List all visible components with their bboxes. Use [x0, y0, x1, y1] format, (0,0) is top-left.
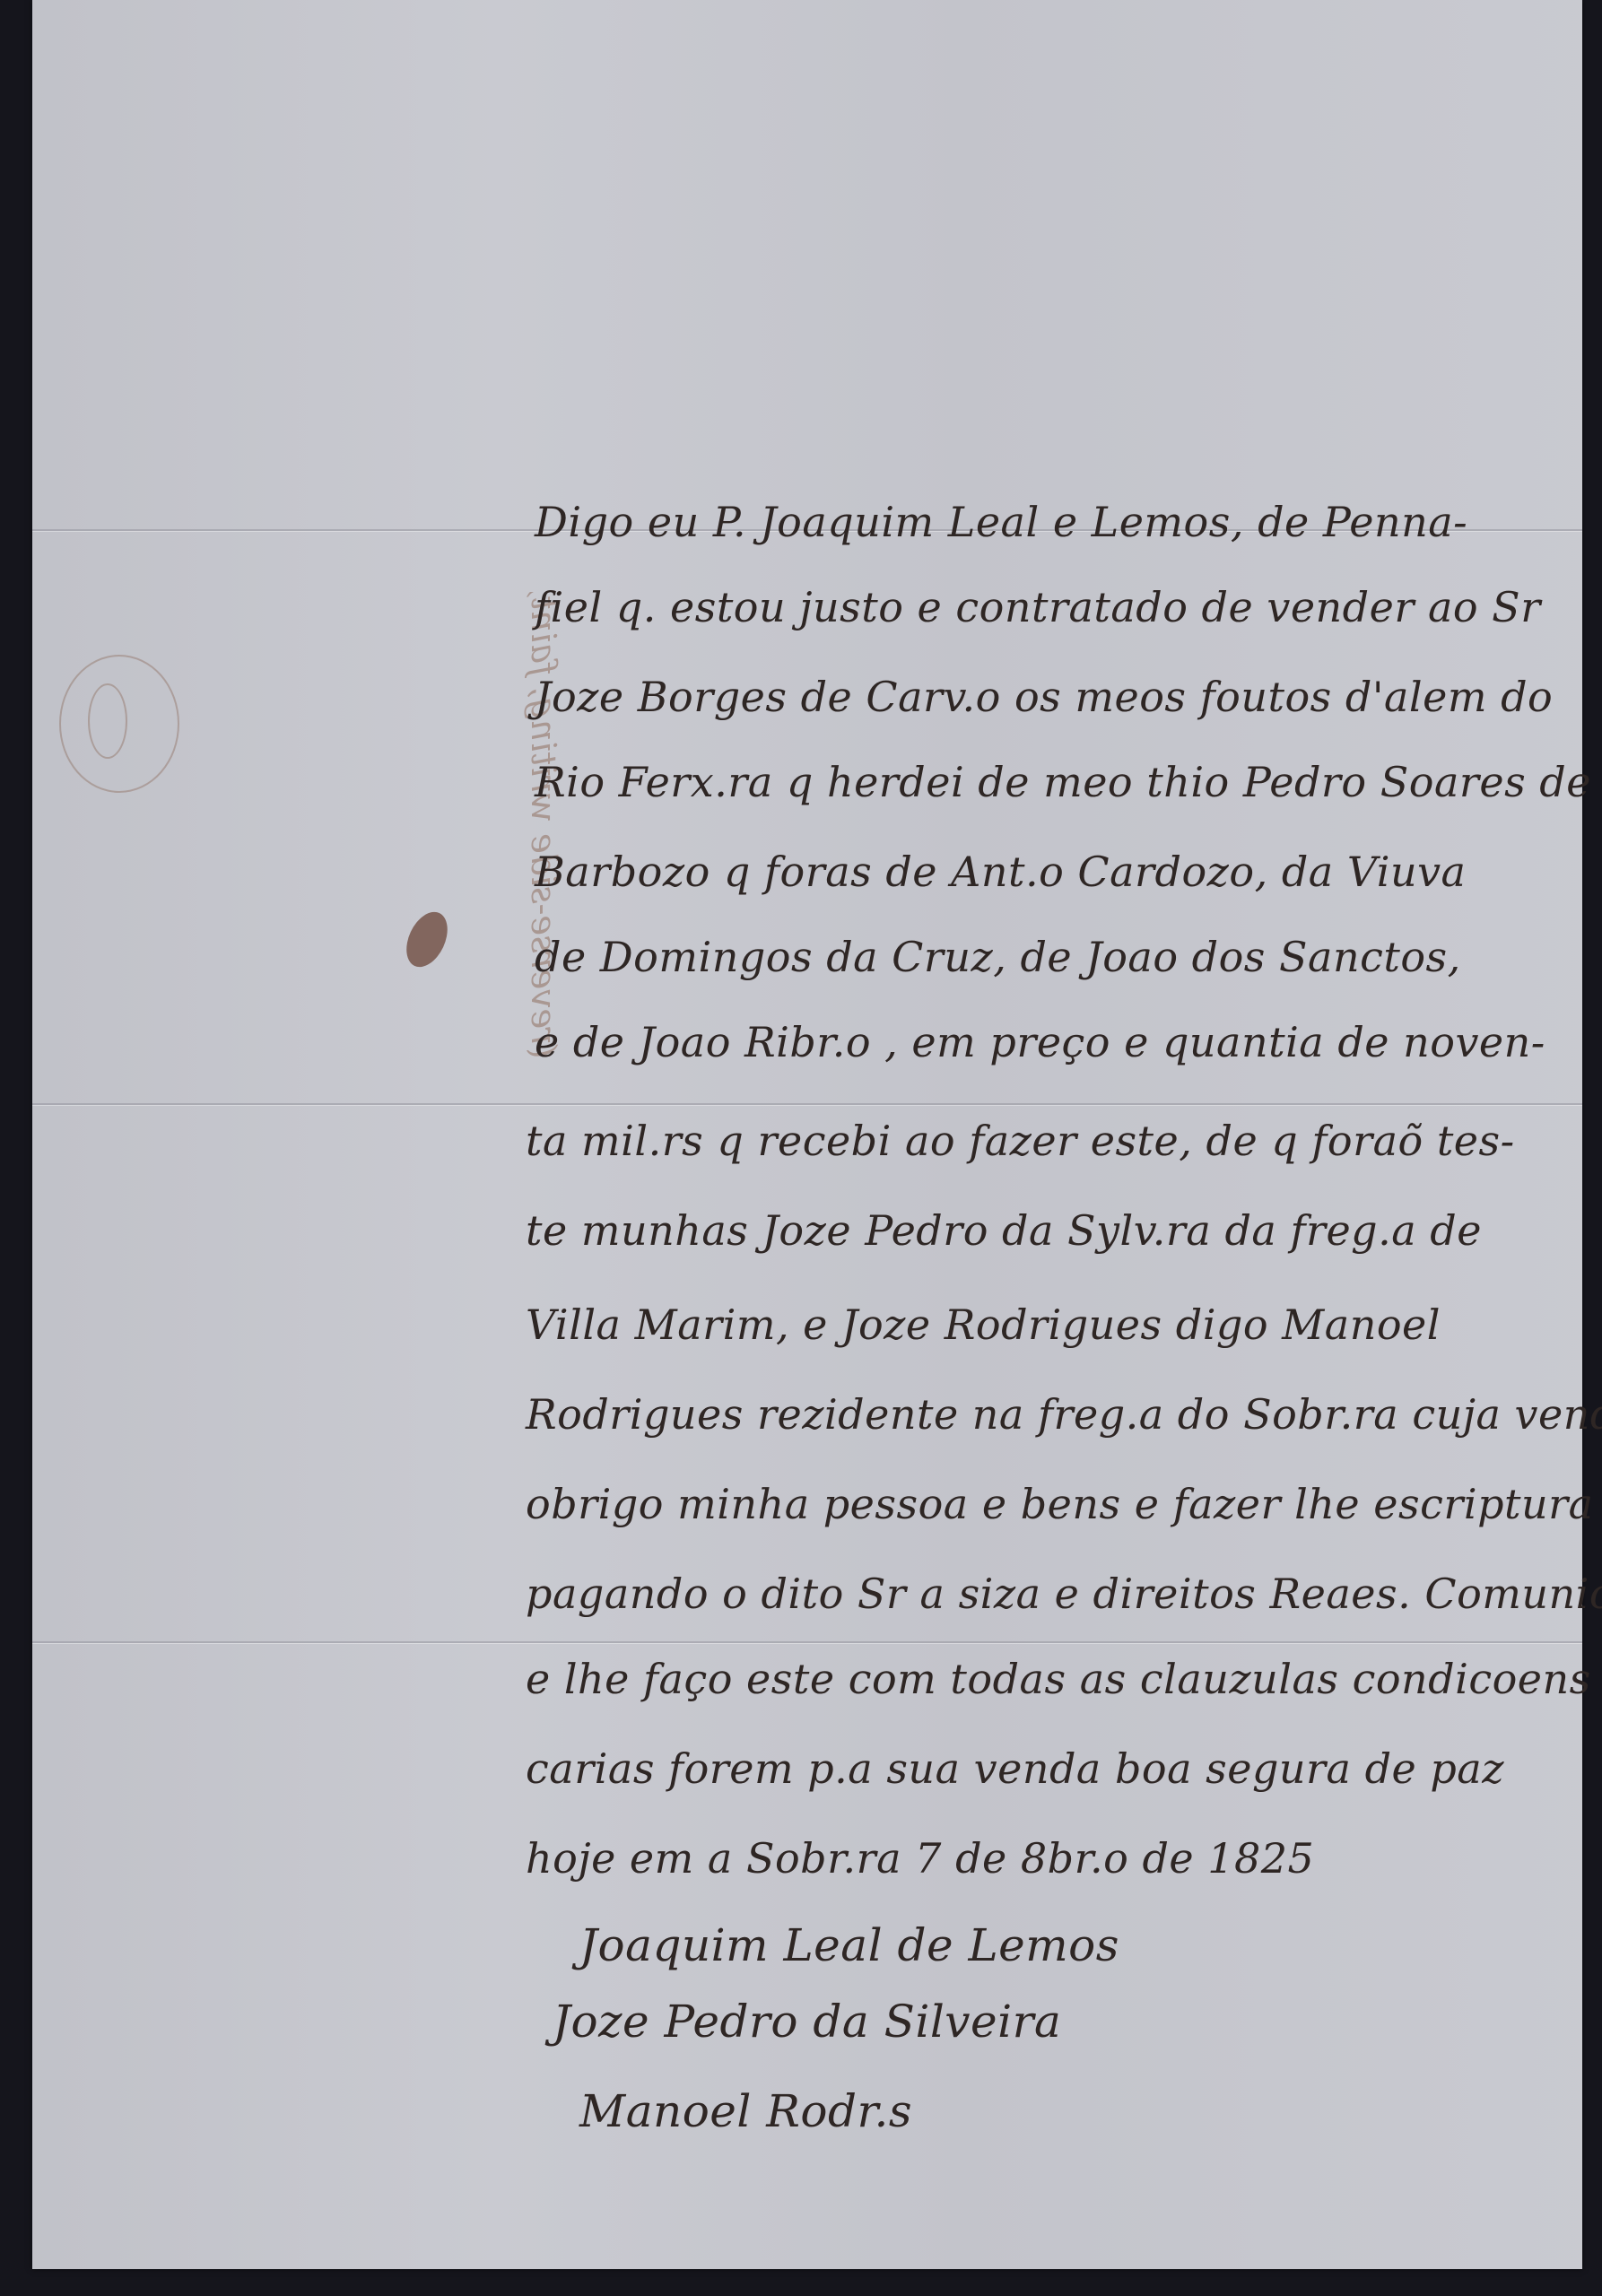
signature-joze-pedro-da-silveira: Joze Pedro da Silveira [553, 1996, 1061, 2048]
date-line: hoje em a Sobr.ra 7 de 8br.o de 1825 [526, 1834, 1314, 1883]
body-line: Rodrigues rezidente na freg.a do Sobr.ra… [526, 1390, 1602, 1439]
body-line: obrigo minha pessoa e bens e fazer lhe e… [526, 1480, 1594, 1528]
body-line: e de Joao Ribr.o , em preço e quantia de… [535, 1018, 1545, 1066]
paper-fold-horizontal [32, 1641, 1582, 1643]
manuscript-page: (reverse-side writing, faint) Digo eu P.… [32, 0, 1582, 2269]
body-line: Barbozo q foras de Ant.o Cardozo, da Viu… [535, 848, 1466, 896]
body-line: carias forem p.a sua venda boa segura de… [526, 1744, 1504, 1793]
body-line: pagando o dito Sr a siza e direitos Reae… [526, 1570, 1602, 1618]
body-line: Rio Ferx.ra q herdei de meo thio Pedro S… [535, 758, 1591, 806]
body-line: Digo eu P. Joaquim Leal e Lemos, de Penn… [535, 498, 1467, 546]
body-line: de Domingos da Cruz, de Joao dos Sanctos… [535, 933, 1461, 981]
body-line: fiel q. estou justo e contratado de vend… [535, 583, 1541, 631]
body-line: te munhas Joze Pedro da Sylv.ra da freg.… [526, 1206, 1482, 1255]
body-line: e lhe faço este com todas as clauzulas c… [526, 1655, 1602, 1703]
body-line: Joze Borges de Carv.o os meos foutos d'a… [535, 673, 1553, 721]
bleed-through-text: (reverse-side writing, faint) [68, 592, 570, 1058]
signature-joaquim-leal-de-lemos: Joaquim Leal de Lemos [579, 1919, 1119, 1971]
body-line: ta mil.rs q recebi ao fazer este, de q f… [526, 1117, 1515, 1165]
body-line: Villa Marim, e Joze Rodrigues digo Manoe… [526, 1300, 1441, 1349]
paper-fold-horizontal [32, 1103, 1582, 1105]
signature-manoel-rodrigues: Manoel Rodr.s [579, 2085, 912, 2137]
